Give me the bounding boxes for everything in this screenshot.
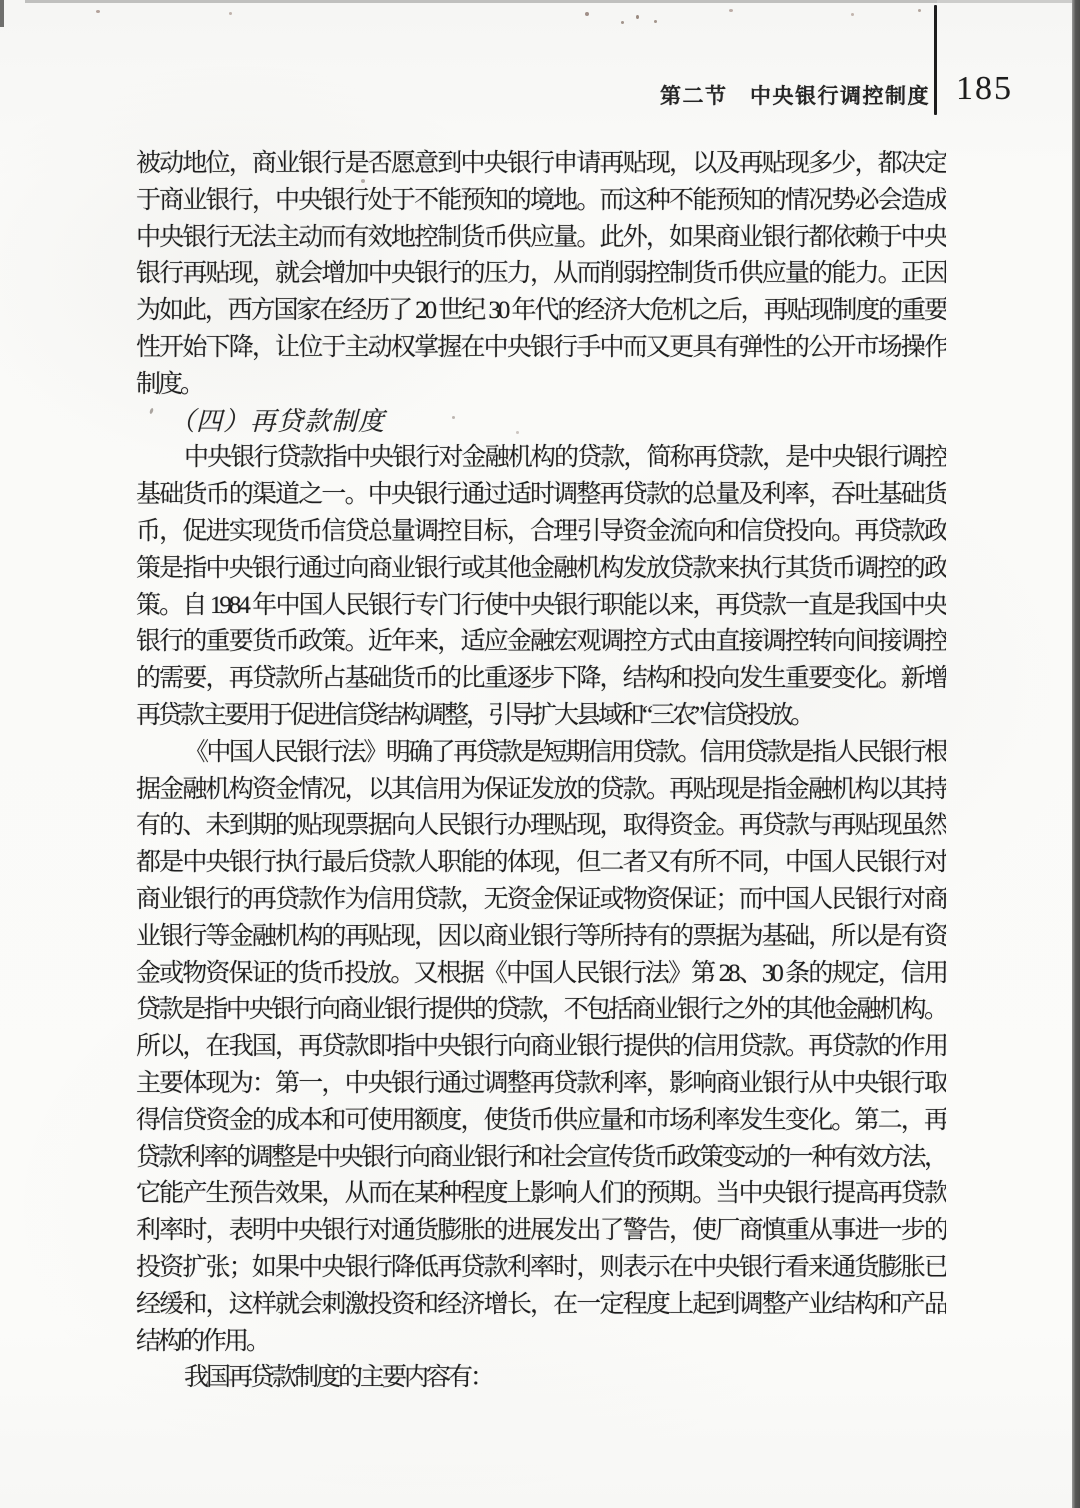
- text-line: 据金融机构资金情况，以其信用为保证发放的贷款。再贴现是指金融机构以其持: [136, 772, 946, 809]
- text-line: 商业银行的再贷款作为信用贷款，无资金保证或物资保证；而中国人民银行对商: [136, 882, 946, 919]
- text-line: 我国再贷款制度的主要内容有：: [136, 1360, 946, 1397]
- scan-speck: [654, 20, 657, 23]
- scan-speck: [621, 21, 624, 24]
- scan-speck: [918, 9, 921, 12]
- text-line: 利率时，表明中央银行对通货膨胀的进展发出了警告，使厂商慎重从事进一步的: [136, 1213, 946, 1250]
- paragraph: 被动地位，商业银行是否愿意到中央银行申请再贴现，以及再贴现多少，都决定于商业银行…: [136, 146, 946, 404]
- text-line: 中央银行贷款指中央银行对金融机构的贷款，简称再贷款，是中央银行调控: [136, 440, 946, 477]
- text-line: 基础货币的渠道之一。中央银行通过适时调整再贷款的总量及利率，吞吐基础货: [136, 477, 946, 514]
- body-text: 被动地位，商业银行是否愿意到中央银行申请再贴现，以及再贴现多少，都决定于商业银行…: [136, 146, 946, 1397]
- text-line: 策。自 1984 年中国人民银行专门行使中央银行职能以来，再贷款一直是我国中央: [136, 588, 946, 625]
- text-line: 中央银行无法主动而有效地控制货币供应量。此外，如果商业银行都依赖于中央: [136, 220, 946, 257]
- scan-speck: [851, 13, 854, 16]
- scan-speck: [229, 12, 232, 15]
- text-line: 的需要，再贷款所占基础货币的比重逐步下降，结构和投向发生重要变化。新增: [136, 661, 946, 698]
- paragraph: 我国再贷款制度的主要内容有：: [136, 1360, 946, 1397]
- text-line: 策是指中央银行通过向商业银行或其他金融机构发放贷款来执行其货币调控的政: [136, 551, 946, 588]
- text-line: 都是中央银行执行最后贷款人职能的体现，但二者又有所不同，中国人民银行对: [136, 845, 946, 882]
- text-line: 贷款利率的调整是中央银行向商业银行和社会宣传货币政策变动的一种有效方法，: [136, 1140, 946, 1177]
- text-line: 被动地位，商业银行是否愿意到中央银行申请再贴现，以及再贴现多少，都决定: [136, 146, 946, 183]
- scanned-page: 第二节 中央银行调控制度 185 被动地位，商业银行是否愿意到中央银行申请再贴现…: [0, 0, 1080, 1508]
- text-line: 制度。: [136, 367, 946, 404]
- text-line: 有的、未到期的贴现票据向人民银行办理贴现，取得资金。再贷款与再贴现虽然: [136, 808, 946, 845]
- scan-edge-left: [0, 0, 4, 27]
- page-number: 185: [956, 70, 1013, 108]
- text-line: 经缓和，这样就会刺激投资和经济增长，在一定程度上起到调整产业结构和产品: [136, 1287, 946, 1324]
- paragraph: 《中国人民银行法》明确了再贷款是短期信用贷款。信用贷款是指人民银行根据金融机构资…: [136, 735, 946, 1361]
- text-line: 银行的重要货币政策。近年来，适应金融宏观调控方式由直接调控转向间接调控: [136, 624, 946, 661]
- subsection-heading: （四）再贷款制度: [136, 404, 946, 441]
- text-line: 银行再贴现，就会增加中央银行的压力，从而削弱控制货币供应量的能力。正因: [136, 256, 946, 293]
- text-line: 业银行等金融机构的再贴现，因以商业银行等所持有的票据为基础，所以是有资: [136, 919, 946, 956]
- text-line: 币，促进实现货币信贷总量调控目标，合理引导资金流向和信贷投向。再贷款政: [136, 514, 946, 551]
- section-title: 第二节 中央银行调控制度: [660, 80, 930, 110]
- text-line: 投资扩张；如果中央银行降低再贷款利率时，则表示在中央银行看来通货膨胀已: [136, 1250, 946, 1287]
- text-line: 金或物资保证的货币投放。又根据《中国人民银行法》第 28、30 条的规定，信用: [136, 956, 946, 993]
- text-line: 贷款是指中央银行向商业银行提供的贷款，不包括商业银行之外的其他金融机构。: [136, 992, 946, 1029]
- text-line: 得信贷资金的成本和可使用额度，使货币供应量和市场利率发生变化。第二，再: [136, 1103, 946, 1140]
- text-line: 为如此，西方国家在经历了 20 世纪 30 年代的经济大危机之后，再贴现制度的重…: [136, 293, 946, 330]
- text-line: 《中国人民银行法》明确了再贷款是短期信用贷款。信用贷款是指人民银行根: [136, 735, 946, 772]
- text-line: 结构的作用。: [136, 1324, 946, 1361]
- paragraph: 中央银行贷款指中央银行对金融机构的贷款，简称再贷款，是中央银行调控基础货币的渠道…: [136, 440, 946, 734]
- scan-speck: [729, 9, 733, 12]
- text-line: 所以，在我国，再贷款即指中央银行向商业银行提供的信用贷款。再贷款的作用: [136, 1029, 946, 1066]
- scan-speck: [636, 15, 639, 19]
- scan-edge-top: [25, 0, 937, 3]
- scan-edge-right: [1072, 0, 1080, 1508]
- header-divider-line: [934, 5, 937, 115]
- text-line: 它能产生预告效果，从而在某种程度上影响人们的预期。当中央银行提高再贷款: [136, 1176, 946, 1213]
- scan-edge-top-right: [937, 0, 1080, 3]
- text-line: 再贷款主要用于促进信贷结构调整，引导扩大县域和“三农”信贷投放。: [136, 698, 946, 735]
- scan-speck: [96, 10, 100, 13]
- scan-speck: [585, 12, 589, 16]
- text-line: 主要体现为：第一，中央银行通过调整再贷款利率，影响商业银行从中央银行取: [136, 1066, 946, 1103]
- text-line: 性开始下降，让位于主动权掌握在中央银行手中而又更具有弹性的公开市场操作: [136, 330, 946, 367]
- text-line: 于商业银行，中央银行处于不能预知的境地。而这种不能预知的情况势必会造成: [136, 183, 946, 220]
